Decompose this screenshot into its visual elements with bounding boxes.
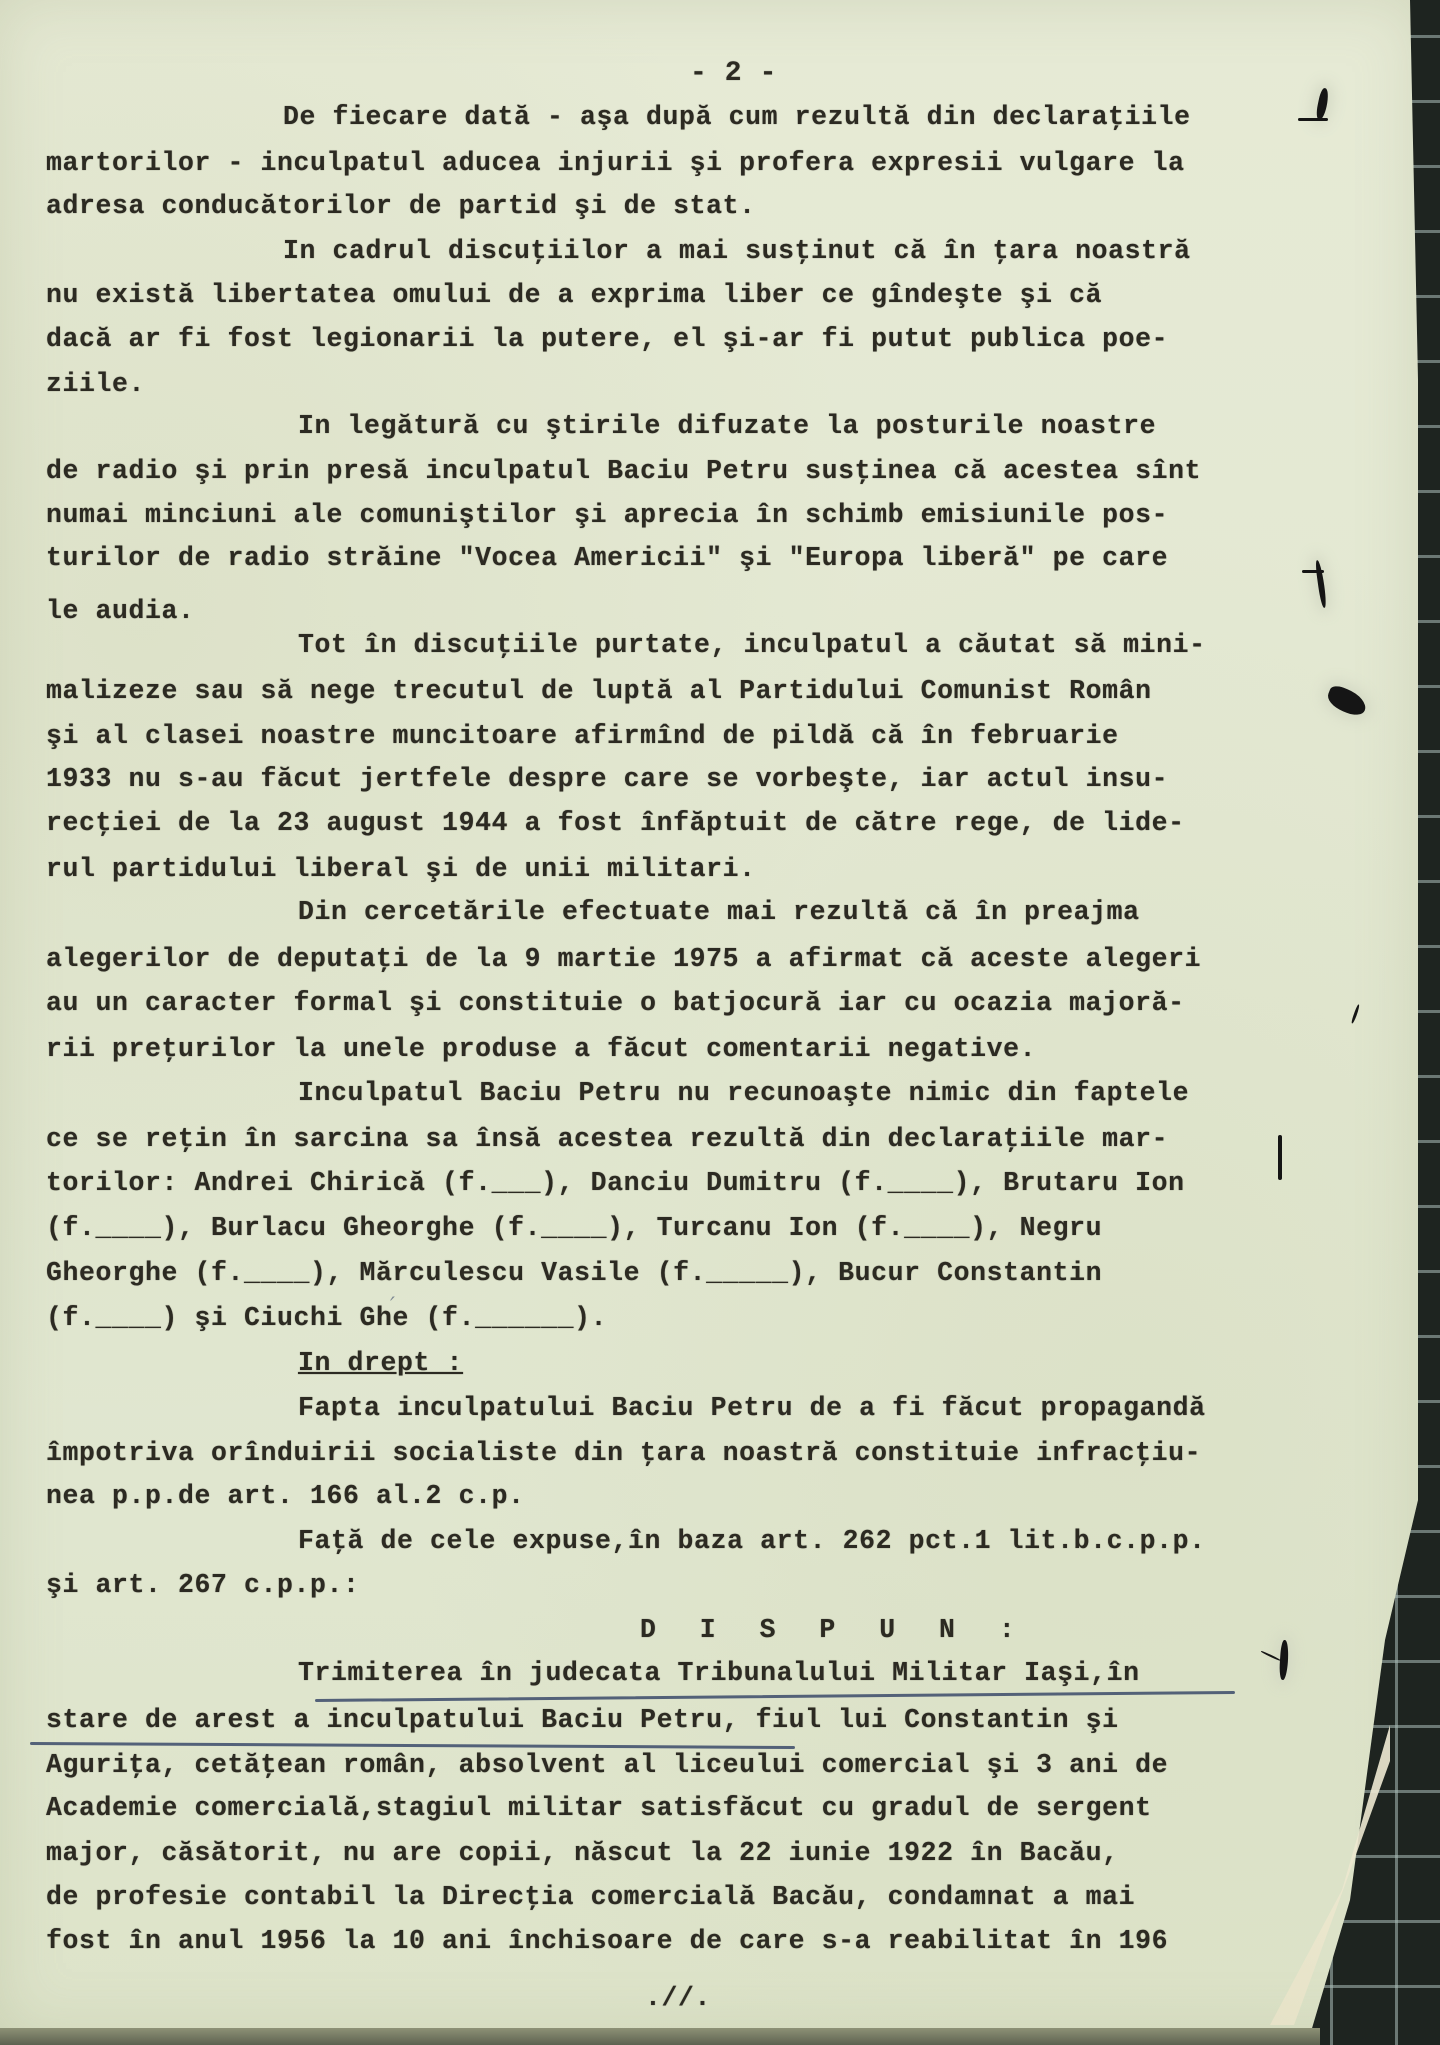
- text-line: Fapta inculpatului Baciu Petru de a fi f…: [298, 1395, 1206, 1422]
- text-line: In cadrul discuţiilor a mai susţinut că …: [283, 238, 1191, 265]
- tear-mark-top: [1298, 118, 1328, 121]
- section-heading-dispun: D I S P U N :: [640, 1617, 1029, 1644]
- text-line: ce se reţin în sarcina sa însă acestea r…: [46, 1126, 1168, 1153]
- tear-mark-mid-upper: [1302, 570, 1324, 573]
- text-line: numai minciuni ale comuniştilor şi aprec…: [46, 502, 1168, 529]
- text-line: dacă ar fi fost legionarii la putere, el…: [46, 326, 1168, 353]
- text-line: turilor de radio străine "Vocea Americii…: [46, 545, 1168, 572]
- text-line: major, căsătorit, nu are copii, născut l…: [46, 1840, 1119, 1867]
- text-line: martorilor - inculpatul aducea injurii ş…: [46, 150, 1185, 177]
- text-line: fost în anul 1956 la 10 ani închisoare d…: [46, 1928, 1168, 1955]
- text-line: şi art. 267 c.p.p.:: [46, 1572, 360, 1599]
- text-line: de profesie contabil la Direcţia comerci…: [46, 1884, 1135, 1911]
- text-line: le audia.: [46, 598, 195, 625]
- page-bottom-edge: [0, 2028, 1320, 2045]
- text-line: Faţă de cele expuse,în baza art. 262 pct…: [298, 1528, 1206, 1555]
- text-line: torilor: Andrei Chirică (f.___), Danciu …: [46, 1170, 1185, 1197]
- text-line: (f.____) şi Ciuchi Ghe (f.______).: [46, 1305, 607, 1332]
- section-heading-in-drept: In drept :: [298, 1350, 463, 1377]
- text-line: ziile.: [46, 371, 145, 398]
- text-line: împotriva orînduirii socialiste din ţara…: [46, 1440, 1201, 1467]
- text-line: alegerilor de deputaţi de la 9 martie 19…: [46, 946, 1201, 973]
- text-line: recţiei de la 23 august 1944 a fost înfă…: [46, 810, 1185, 837]
- text-line: rii preţurilor la unele produse a făcut …: [46, 1036, 1036, 1063]
- text-line: rul partidului liberal şi de unii milita…: [46, 856, 756, 883]
- text-line: Tot în discuţiile purtate, inculpatul a …: [298, 632, 1206, 659]
- text-line: Inculpatul Baciu Petru nu recunoaşte nim…: [298, 1080, 1189, 1107]
- tear-mark-lower: [1278, 1135, 1282, 1180]
- text-line: şi al clasei noastre muncitoare afirmînd…: [46, 723, 1119, 750]
- continuation-mark: .//.: [645, 1985, 711, 2012]
- text-line: adresa conducătorilor de partid şi de st…: [46, 193, 756, 220]
- text-line: au un caracter formal şi constituie o ba…: [46, 990, 1185, 1017]
- text-line: De fiecare dată - aşa după cum rezultă d…: [283, 104, 1191, 131]
- text-line: malizeze sau să nege trecutul de luptă a…: [46, 678, 1152, 705]
- text-line: Din cercetările efectuate mai rezultă că…: [298, 899, 1140, 926]
- text-line: Aguriţa, cetăţean român, absolvent al li…: [46, 1752, 1168, 1779]
- text-line: (f.____), Burlacu Gheorghe (f.____), Tur…: [46, 1215, 1102, 1242]
- page-number: - 2 -: [690, 60, 777, 88]
- text-line: Academie comercială,stagiul militar sati…: [46, 1795, 1152, 1822]
- text-line: Gheorghe (f.____), Mărculescu Vasile (f.…: [46, 1260, 1102, 1287]
- text-line: nu există libertatea omului de a exprima…: [46, 282, 1102, 309]
- text-line: In legătură cu ştirile difuzate la postu…: [298, 413, 1156, 440]
- text-line: de radio şi prin presă inculpatul Baciu …: [46, 458, 1201, 485]
- text-line: Trimiterea în judecata Tribunalului Mili…: [298, 1660, 1140, 1687]
- handwritten-annotation: ′: [390, 1296, 395, 1318]
- text-line: 1933 nu s-au făcut jertfele despre care …: [46, 766, 1168, 793]
- text-line: stare de arest a inculpatului Baciu Petr…: [46, 1707, 1119, 1734]
- text-line: nea p.p.de art. 166 al.2 c.p.: [46, 1483, 525, 1510]
